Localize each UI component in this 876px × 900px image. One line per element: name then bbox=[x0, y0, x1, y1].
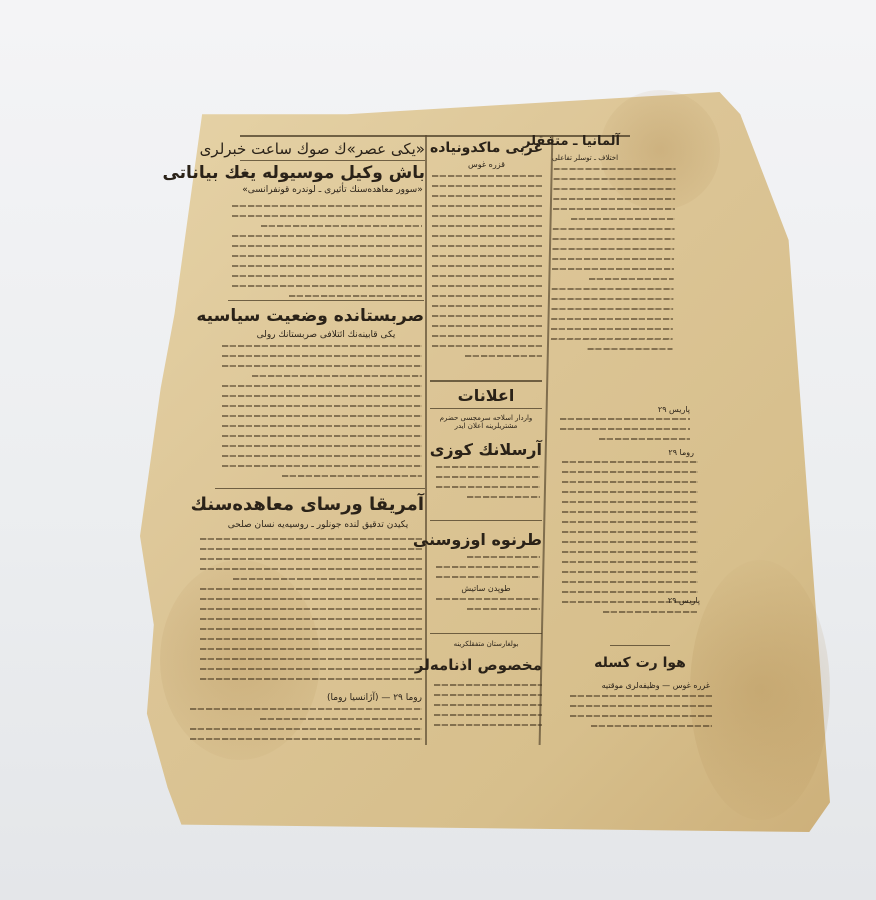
photo-scene: «یکی عصر»ك صوك ساعت خبرلری باش وكيل موسي… bbox=[0, 0, 876, 900]
ad-intro: بولغارستان متفقلكرينه bbox=[430, 640, 542, 648]
column-divider bbox=[425, 135, 427, 745]
headline: صربستانده وضعيت سياسيه bbox=[228, 306, 424, 326]
paper-stain bbox=[690, 560, 830, 820]
ad-body bbox=[436, 466, 540, 511]
article-body bbox=[432, 175, 542, 365]
headline: آمريقا ورسای معاهده‌سنك bbox=[212, 494, 424, 515]
box-text: غرره غوس — وظيفه‌لری موقتيه bbox=[570, 681, 710, 690]
rule bbox=[228, 300, 424, 301]
dateline: پاريس ۲۹ bbox=[566, 596, 700, 605]
ad-intro: واردار اسلاحه سرمجسی حضرم مشتريلرينه اعل… bbox=[430, 414, 542, 430]
dateline: پاريس ۲۹ bbox=[560, 405, 690, 414]
ad-body bbox=[434, 684, 542, 736]
headline: آلمانيا ـ متفقلر bbox=[550, 134, 620, 149]
subhead: اختلاف ـ توسلر تفاعلی bbox=[550, 154, 620, 162]
subhead: «سوور معاهده‌سنك تأثيری ـ لوندره قونفران… bbox=[240, 185, 425, 195]
article-body bbox=[222, 345, 422, 483]
ad-body bbox=[436, 598, 540, 618]
subhead: يكی قابينه‌نك ائتلافی صربستانك رولی bbox=[228, 330, 424, 340]
masthead-title: «یکی عصر»ك صوك ساعت خبرلری bbox=[240, 140, 425, 158]
headline: باش وكيل موسيوله يغك بياناتی bbox=[240, 163, 425, 183]
article-body bbox=[560, 418, 690, 450]
subhead: يكيدن تدقيق لنده جونلور ـ روسيه‌يه نسان … bbox=[212, 520, 424, 530]
dateline: روما ۲۹ bbox=[562, 448, 694, 457]
rule bbox=[430, 380, 542, 382]
rule bbox=[215, 488, 425, 489]
subhead: قزره غوس bbox=[428, 160, 545, 169]
ads-header: اعلانات bbox=[430, 386, 542, 405]
article-body bbox=[190, 708, 422, 758]
ad-details: طوپدن ساتيش bbox=[430, 584, 542, 593]
article-body bbox=[200, 538, 422, 688]
rule bbox=[240, 160, 425, 161]
ad-title: مخصوص اذنامه‌لر bbox=[430, 656, 542, 674]
rule bbox=[430, 520, 542, 521]
box-headline: هوا رت كسله bbox=[570, 655, 710, 671]
rule bbox=[430, 408, 542, 409]
rule bbox=[430, 633, 542, 634]
article-body bbox=[550, 168, 675, 368]
article-body bbox=[570, 695, 712, 735]
ad-body bbox=[436, 556, 540, 582]
rule bbox=[610, 645, 670, 646]
article-body bbox=[232, 205, 422, 300]
ad-title: آرسلانك كوزی bbox=[430, 440, 542, 459]
ad-title: طرنوه اوزوسنی bbox=[430, 530, 542, 549]
dateline: روما ۲۹ — (آژانسيا روما) bbox=[195, 693, 422, 703]
